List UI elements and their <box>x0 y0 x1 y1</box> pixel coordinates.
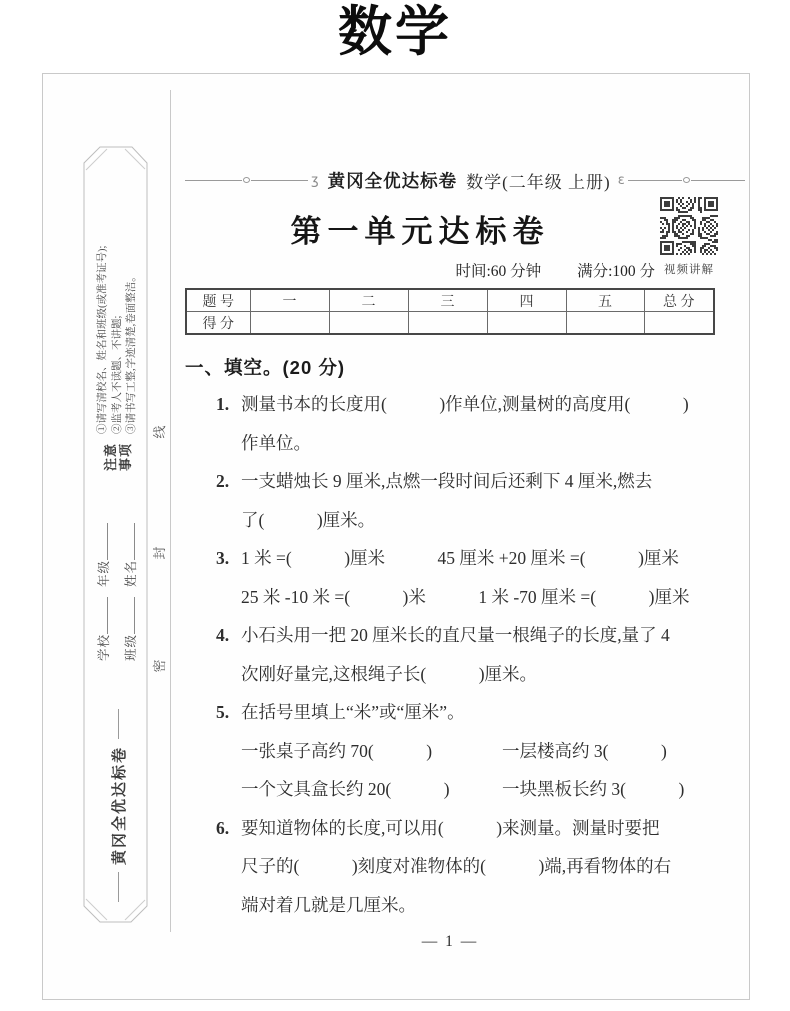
sidebar: 黄冈全优达标卷 学校年级 班级姓名 注意 事项 ①请写清校名、姓名和班级(或准考… <box>86 150 150 914</box>
question-3: 3. 1 米 =( )厘米 45 厘米 +20 厘米 =( )厘米 25 米 -… <box>216 539 736 616</box>
school-field-label: 学校 <box>97 634 111 661</box>
score-cell <box>644 312 714 335</box>
question-line: 一支蜡烛长 9 厘米,点燃一段时间后还剩下 4 厘米,燃去 <box>241 462 736 501</box>
question-line: 小石头用一把 20 厘米长的直尺量一根绳子的长度,量了 4 <box>241 616 736 655</box>
seal-char-mi: 密 <box>152 658 168 674</box>
exam-time: 时间:60 分钟 <box>456 263 542 280</box>
seal-char-feng: 封 <box>152 545 168 561</box>
question-line: 1 米 =( )厘米 45 厘米 +20 厘米 =( )厘米 <box>241 539 736 578</box>
rule-dot-icon <box>243 177 250 183</box>
notice-title: 注意 事项 <box>103 443 133 471</box>
page-number: — 1 — <box>185 933 715 951</box>
header-cell: 三 <box>408 289 487 312</box>
question-line: 一张桌子高约 70( ) 一层楼高约 3( ) <box>241 732 736 771</box>
question-line: 在括号里填上“米”或“厘米”。 <box>241 693 736 732</box>
question-number: 2. <box>216 462 229 501</box>
notice-item-3: ③请书写工整,字迹清楚,卷面整洁。 <box>125 246 140 434</box>
question-line: 25 米 -10 米 =( )米 1 米 -70 厘米 =( )厘米 <box>241 578 736 617</box>
question-line: 作单位。 <box>241 424 736 463</box>
video-qr-block: 视频讲解 <box>658 197 720 277</box>
grade-field-label: 年级 <box>97 560 111 587</box>
name-field-blank <box>123 523 135 560</box>
header-cell: 五 <box>566 289 644 312</box>
question-number: 5. <box>216 693 229 732</box>
question-line: 端对着几就是几厘米。 <box>241 886 736 925</box>
row-label-cell: 得 分 <box>186 312 250 335</box>
question-number: 1. <box>216 385 229 424</box>
sidebar-brand-group: 黄冈全优达标卷 <box>108 709 129 902</box>
header-cell: 总 分 <box>644 289 714 312</box>
scroll-ornament-icon-right: ɛ <box>618 173 625 188</box>
subject-edition: 数学(二年级 上册) <box>466 168 611 193</box>
question-1: 1. 测量书本的长度用( )作单位,测量树的高度用( ) 作单位。 <box>216 385 736 462</box>
questions-list: 1. 测量书本的长度用( )作单位,测量树的高度用( ) 作单位。 2. 一支蜡… <box>216 385 736 924</box>
question-6: 6. 要知道物体的长度,可以用( )来测量。测量时要把 尺子的( )刻度对准物体… <box>216 809 736 925</box>
sidebar-brand-text: 黄冈全优达标卷 <box>108 746 129 865</box>
header-cell: 题 号 <box>186 289 250 312</box>
ornament-line <box>118 872 119 902</box>
notice-item-2: ②监考人不读题、不讲题; <box>111 246 126 434</box>
notice-title-line2: 事项 <box>118 443 133 471</box>
question-number: 4. <box>216 616 229 655</box>
question-line: 了( )厘米。 <box>241 501 736 540</box>
rule-line <box>185 180 242 181</box>
notice-items: ①请写清校名、姓名和班级(或准考证号); ②监考人不读题、不讲题; ③请书写工整… <box>96 246 140 434</box>
grade-field-blank <box>96 523 108 560</box>
ornament-rule-right <box>628 177 745 183</box>
score-cell <box>250 312 329 335</box>
rule-line <box>251 180 308 181</box>
score-cell <box>487 312 566 335</box>
section-heading: 一、填空。(20 分) <box>185 354 345 380</box>
seal-fold-line <box>170 90 171 932</box>
notice-item-1: ①请写清校名、姓名和班级(或准考证号); <box>96 246 111 434</box>
ornament-line <box>118 709 119 739</box>
question-4: 4. 小石头用一把 20 厘米长的直尺量一根绳子的长度,量了 4 次刚好量完,这… <box>216 616 736 693</box>
exam-notice: 注意 事项 ①请写清校名、姓名和班级(或准考证号); ②监考人不读题、不讲题; … <box>96 246 140 471</box>
question-2: 2. 一支蜡烛长 9 厘米,点燃一段时间后还剩下 4 厘米,燃去 了( )厘米。 <box>216 462 736 539</box>
ornament-rule-left <box>185 177 308 183</box>
question-number: 6. <box>216 809 229 848</box>
question-line: 次刚好量完,这根绳子长( )厘米。 <box>241 655 736 694</box>
sidebar-student-fields: 学校年级 班级姓名 <box>91 513 145 661</box>
header-cell: 二 <box>329 289 408 312</box>
score-table: 题 号 一 二 三 四 五 总 分 得 分 <box>185 288 715 335</box>
question-line: 尺子的( )刻度对准物体的( )端,再看物体的右 <box>241 847 736 886</box>
rule-line <box>628 180 682 181</box>
scroll-ornament-icon-left: ʒ <box>311 173 319 188</box>
score-table-header-row: 题 号 一 二 三 四 五 总 分 <box>186 289 714 312</box>
field-line-1: 学校年级 <box>91 513 118 661</box>
question-line: 一个文具盒长约 20( ) 一块黑板长约 3( ) <box>241 770 736 809</box>
rule-line <box>691 180 745 181</box>
score-cell <box>408 312 487 335</box>
score-cell <box>566 312 644 335</box>
notice-title-line1: 注意 <box>103 443 118 471</box>
doc-title: 数学 <box>0 0 790 64</box>
field-line-2: 班级姓名 <box>118 513 145 661</box>
question-line: 要知道物体的长度,可以用( )来测量。测量时要把 <box>241 809 736 848</box>
header-cell: 四 <box>487 289 566 312</box>
exam-full-score: 满分:100 分 <box>577 263 655 280</box>
header-band: ʒ 黄冈全优达标卷 数学(二年级 上册) ɛ <box>185 168 745 192</box>
question-5: 5. 在括号里填上“米”或“厘米”。 一张桌子高约 70( ) 一层楼高约 3(… <box>216 693 736 809</box>
header-cell: 一 <box>250 289 329 312</box>
page-title: 第一单元达标卷 <box>185 206 655 251</box>
rule-dot-icon <box>683 177 690 183</box>
qr-code <box>660 197 718 255</box>
qr-caption: 视频讲解 <box>658 261 720 277</box>
question-number: 3. <box>216 539 229 578</box>
class-field-blank <box>123 597 135 634</box>
class-field-label: 班级 <box>124 634 138 661</box>
score-table-score-row: 得 分 <box>186 312 714 335</box>
series-title: 黄冈全优达标卷 <box>328 168 458 193</box>
name-field-label: 姓名 <box>124 560 138 587</box>
seal-char-xian: 线 <box>152 424 168 440</box>
exam-meta: 时间:60 分钟 满分:100 分 <box>185 259 655 281</box>
school-field-blank <box>96 597 108 634</box>
question-line: 测量书本的长度用( )作单位,测量树的高度用( ) <box>241 385 736 424</box>
score-cell <box>329 312 408 335</box>
